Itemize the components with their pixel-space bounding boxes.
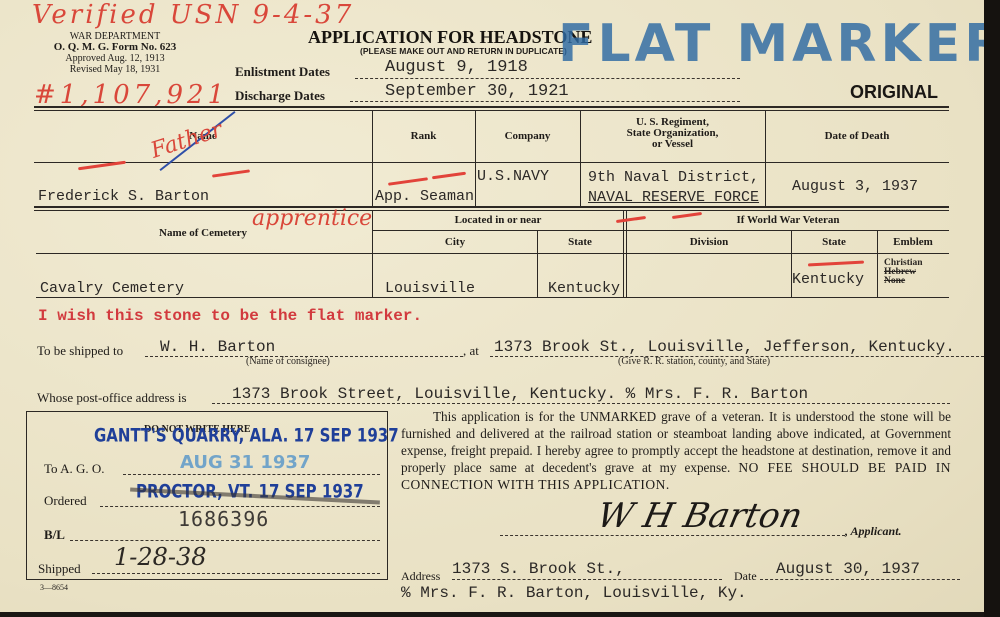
po-address-line (212, 403, 950, 404)
applicant-signature[interactable]: W H Barton (594, 496, 806, 536)
table-top-rule-2 (34, 110, 949, 111)
veteran-regiment[interactable]: 9th Naval District, NAVAL RESERVE FORCE (588, 168, 759, 208)
flat-marker-stamp: FLAT MARKER (558, 14, 1000, 74)
regiment-line2: NAVAL RESERVE FORCE (588, 188, 759, 208)
po-address-label: Whose post-office address is (37, 390, 187, 406)
verified-annotation: Verified USN 9-4-37 (32, 0, 354, 30)
red-check-icon (432, 172, 466, 180)
consignee-caption: (Name of consignee) (246, 356, 330, 367)
cemetery-name[interactable]: Cavalry Cemetery (40, 280, 184, 297)
emblem-options[interactable]: Christian Hebrew None (884, 259, 923, 286)
agreement-text: This application is for the UNMARKED gra… (401, 408, 951, 493)
row-bottom-rule (34, 206, 949, 208)
received-date-stamp: AUG 31 1937 (180, 452, 310, 473)
bl-line (70, 540, 380, 541)
enlistment-label: Enlistment Dates (235, 64, 330, 80)
cemetery-bottom-rule (36, 297, 949, 298)
header-division: Division (627, 236, 791, 248)
col-divider (372, 111, 373, 206)
address-value[interactable]: 1373 S. Brook St., (452, 560, 625, 578)
header-regiment: U. S. Regiment, State Organization, or V… (580, 117, 765, 150)
form-code: 3—8654 (40, 583, 68, 592)
subheader-bottom-rule (36, 253, 949, 254)
red-check-icon (808, 261, 864, 267)
ww-state-value[interactable]: Kentucky (792, 271, 864, 288)
bl-number[interactable]: 1686396 (178, 507, 269, 531)
ago-line[interactable] (123, 474, 380, 475)
apprentice-annotation: apprentice (252, 206, 372, 231)
station-caption: (Give R. R. station, county, and State) (618, 356, 770, 367)
headstone-application-form: Verified USN 9-4-37 #1,107,921 WAR DEPAR… (0, 0, 984, 617)
header-date-of-death: Date of Death (765, 130, 949, 142)
col-divider (475, 111, 476, 206)
consignee-value[interactable]: W. H. Barton (160, 338, 275, 356)
cemetery-city[interactable]: Louisville (385, 280, 475, 297)
ordered-label: Ordered (44, 493, 87, 509)
row-bottom-rule-2 (34, 210, 949, 211)
date-line (760, 579, 960, 580)
col-divider (623, 211, 624, 297)
header-state: State (537, 236, 623, 248)
veteran-name[interactable]: Frederick S. Barton (38, 188, 209, 205)
flat-marker-note: I wish this stone to be the flat marker. (38, 307, 422, 325)
subheader-rule (373, 230, 949, 231)
bottom-edge (0, 612, 984, 617)
care-of-address[interactable]: % Mrs. F. R. Barton, Louisville, Ky. (401, 584, 747, 602)
enlistment-line (355, 78, 740, 79)
address-line (452, 579, 722, 580)
red-check-icon (212, 169, 250, 177)
revised-date: Revised May 18, 1931 (40, 64, 190, 75)
veteran-rank[interactable]: App. Seaman (375, 188, 474, 205)
header-located: Located in or near (373, 214, 623, 226)
at-label: , at (463, 343, 479, 359)
enlistment-value[interactable]: August 9, 1918 (385, 58, 528, 77)
father-annotation: Father (148, 117, 226, 163)
form-id-block: WAR DEPARTMENT O. Q. M. G. Form No. 623 … (40, 31, 190, 75)
header-regiment-line3: or Vessel (580, 139, 765, 150)
address-label: Address (401, 569, 440, 584)
red-check-icon (388, 177, 428, 186)
shipped-label: Shipped (38, 561, 81, 577)
shipped-to-label: To be shipped to (37, 343, 123, 359)
table-top-rule (34, 106, 949, 108)
veteran-company[interactable]: U.S.NAVY (477, 168, 549, 185)
ago-label: To A. G. O. (44, 461, 104, 477)
header-rank: Rank (372, 130, 475, 142)
gantts-quarry-postmark: GANTT'S QUARRY, ALA. 17 SEP 1937 (94, 424, 399, 447)
discharge-value[interactable]: September 30, 1921 (385, 82, 569, 101)
bl-label: B/L (44, 527, 65, 543)
scan-edge (984, 0, 1000, 617)
copy-label: ORIGINAL (850, 82, 938, 103)
date-label: Date (734, 569, 757, 584)
form-title: APPLICATION FOR HEADSTONE (308, 27, 592, 48)
shipped-line (92, 573, 380, 574)
shipped-date[interactable]: 1-28-38 (114, 543, 207, 571)
header-city: City (373, 236, 537, 248)
date-value[interactable]: August 30, 1937 (776, 560, 920, 578)
header-emblem: Emblem (877, 236, 949, 248)
header-ww-state: State (791, 236, 877, 248)
header-company: Company (475, 130, 580, 142)
emblem-none[interactable]: None (884, 277, 923, 286)
form-subtitle: (PLEASE MAKE OUT AND RETURN IN DUPLICATE… (360, 46, 567, 56)
discharge-line (350, 101, 740, 102)
po-address-value[interactable]: 1373 Brook Street, Louisville, Kentucky.… (232, 385, 808, 403)
approved-date: Approved Aug. 12, 1913 (40, 53, 190, 64)
form-number: O. Q. M. G. Form No. 623 (40, 42, 190, 53)
date-of-death[interactable]: August 3, 1937 (792, 178, 918, 195)
col-divider (765, 111, 766, 206)
station-value[interactable]: 1373 Brook St., Louisville, Jefferson, K… (494, 338, 955, 356)
applicant-label: , Applicant. (845, 524, 902, 539)
discharge-label: Discharge Dates (235, 88, 325, 104)
cemetery-state[interactable]: Kentucky (548, 280, 620, 297)
regiment-line1: 9th Naval District, (588, 168, 759, 188)
